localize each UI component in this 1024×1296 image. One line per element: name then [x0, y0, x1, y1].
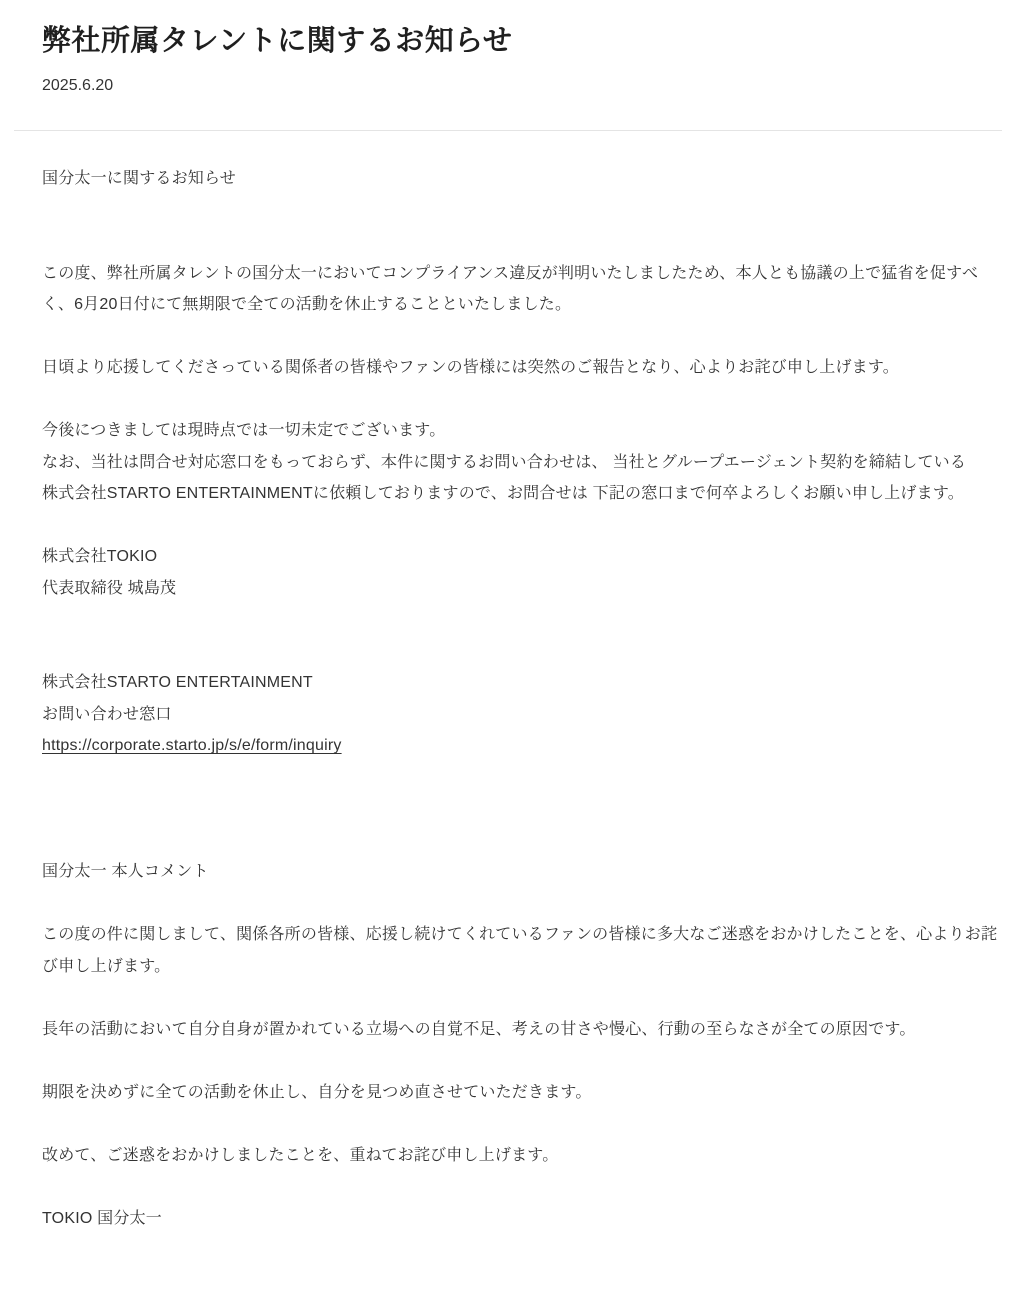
text-line: 期限を決めずに全ての活動を休止し、自分を見つめ直させていただきます。: [42, 1077, 982, 1109]
text-line: 今後につきましては現時点では一切未定でございます。: [42, 415, 982, 447]
talent-signature: TOKIO 国分太一: [42, 1203, 982, 1235]
company-name: 株式会社TOKIO: [42, 541, 982, 573]
text-line: 国分太一 本人コメント: [42, 856, 982, 888]
comment-cause-paragraph: 長年の活動において自分自身が置かれている立場への自覚不足、考えの甘さや慢心、行動…: [42, 1014, 982, 1046]
text-line: 株式会社STARTO ENTERTAINMENTに依頼しておりますので、お問合せ…: [42, 478, 982, 510]
announcement-page: 弊社所属タレントに関するお知らせ 2025.6.20 国分太一に関するお知らせ …: [0, 0, 1024, 1294]
contact-company-name: 株式会社STARTO ENTERTAINMENT: [42, 667, 982, 699]
text-line: この度、弊社所属タレントの国分太一においてコンプライアンス違反が判明いたしました…: [42, 258, 982, 290]
comment-heading: 国分太一 本人コメント: [42, 856, 982, 888]
text-line: TOKIO 国分太一: [42, 1203, 982, 1235]
comment-reapology-paragraph: 改めて、ご迷惑をおかけしましたことを、重ねてお詫び申し上げます。: [42, 1140, 982, 1172]
apology-paragraph: 日頃より応援してくださっている関係者の皆様やファンの皆様には突然のご報告となり、…: [42, 352, 982, 384]
text-line: 改めて、ご迷惑をおかけしましたことを、重ねてお詫び申し上げます。: [42, 1140, 982, 1172]
text-line: 国分太一に関するお知らせ: [42, 163, 982, 195]
announcement-paragraph: この度、弊社所属タレントの国分太一においてコンプライアンス違反が判明いたしました…: [42, 258, 982, 321]
document-header: 弊社所属タレントに関するお知らせ 2025.6.20: [0, 0, 1024, 97]
contact-info: 株式会社STARTO ENTERTAINMENT お問い合わせ窓口 https:…: [42, 667, 982, 762]
text-line: び申し上げます。: [42, 951, 982, 983]
text-line: この度の件に関しまして、関係各所の皆様、応援し続けてくれているファンの皆様に多大…: [42, 919, 982, 951]
text-line: なお、当社は問合せ対応窓口をもっておらず、本件に関するお問い合わせは、 当社とグ…: [42, 447, 982, 479]
text-line: 日頃より応援してくださっている関係者の皆様やファンの皆様には突然のご報告となり、…: [42, 352, 982, 384]
text-line: く、6月20日付にて無期限で全ての活動を休止することといたしました。: [42, 289, 982, 321]
notice-heading: 国分太一に関するお知らせ: [42, 163, 982, 195]
contact-window-label: お問い合わせ窓口: [42, 699, 982, 731]
page-title: 弊社所属タレントに関するお知らせ: [42, 21, 982, 61]
article-body: 国分太一に関するお知らせ この度、弊社所属タレントの国分太一においてコンプライア…: [0, 131, 1024, 1294]
comment-hiatus-paragraph: 期限を決めずに全ての活動を休止し、自分を見つめ直させていただきます。: [42, 1077, 982, 1109]
representative-name: 代表取締役 城島茂: [42, 573, 982, 605]
comment-apology-paragraph: この度の件に関しまして、関係各所の皆様、応援し続けてくれているファンの皆様に多大…: [42, 919, 982, 982]
publish-date: 2025.6.20: [42, 74, 982, 97]
company-signature: 株式会社TOKIO 代表取締役 城島茂: [42, 541, 982, 604]
text-line: 長年の活動において自分自身が置かれている立場への自覚不足、考えの甘さや慢心、行動…: [42, 1014, 982, 1046]
contact-link[interactable]: https://corporate.starto.jp/s/e/form/inq…: [42, 737, 342, 754]
future-inquiry-paragraph: 今後につきましては現時点では一切未定でございます。 なお、当社は問合せ対応窓口を…: [42, 415, 982, 510]
